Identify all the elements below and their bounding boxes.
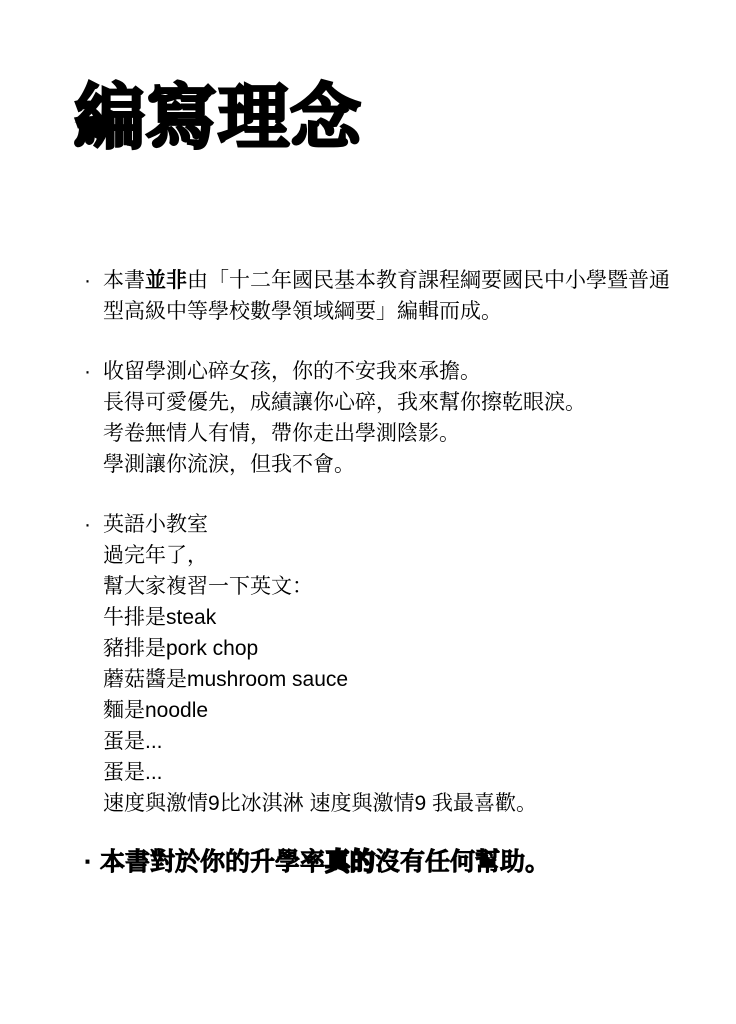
document-page: 編寫理念 · 本書並非由「十二年國民基本教育課程綱要國民中小學暨普通 型高級中等… bbox=[0, 0, 736, 1024]
text-segment-bold: 並非 bbox=[145, 269, 187, 292]
text-line: 蛋是... bbox=[103, 757, 676, 788]
bullet-text: 本書對於你的升學率真的沒有任何幫助。 bbox=[100, 846, 676, 879]
text-line: 牛排是steak bbox=[103, 602, 676, 633]
text-line: 考卷無情人有情，帶你走出學測陰影。 bbox=[103, 418, 676, 449]
text-segment: 本書 bbox=[103, 269, 145, 292]
text-segment: 沒有任何幫助。 bbox=[375, 848, 550, 876]
text-segment: 本書對於你的升學率 bbox=[100, 848, 325, 876]
bullet-item-disclaimer: · 本書對於你的升學率真的沒有任何幫助。 bbox=[84, 846, 676, 879]
bullet-marker: · bbox=[84, 846, 100, 879]
bullet-item-curriculum: · 本書並非由「十二年國民基本教育課程綱要國民中小學暨普通 型高級中等學校數學領… bbox=[84, 265, 676, 327]
text-line: 長得可愛優先，成績讓你心碎，我來幫你擦乾眼淚。 bbox=[103, 387, 676, 418]
bullet-text: 本書並非由「十二年國民基本教育課程綱要國民中小學暨普通 型高級中等學校數學領域綱… bbox=[103, 265, 676, 327]
bullet-text: 收留學測心碎女孩，你的不安我來承擔。 長得可愛優先，成績讓你心碎，我來幫你擦乾眼… bbox=[103, 356, 676, 480]
page-title: 編寫理念 bbox=[0, 0, 736, 163]
text-line: 蘑菇醬是mushroom sauce bbox=[103, 664, 676, 695]
bullet-marker: · bbox=[84, 356, 103, 387]
text-line: 幫大家複習一下英文： bbox=[103, 571, 676, 602]
text-line: 麵是noodle bbox=[103, 695, 676, 726]
bullet-item-heartbroken: · 收留學測心碎女孩，你的不安我來承擔。 長得可愛優先，成績讓你心碎，我來幫你擦… bbox=[84, 356, 676, 480]
text-line: 英語小教室 bbox=[103, 509, 676, 540]
text-line: 學測讓你流淚，但我不會。 bbox=[103, 449, 676, 480]
text-line: 速度與激情9比冰淇淋 速度與激情9 我最喜歡。 bbox=[103, 788, 676, 819]
text-line: 本書對於你的升學率真的沒有任何幫助。 bbox=[100, 846, 676, 879]
bullet-marker: · bbox=[84, 265, 103, 296]
text-line: 蛋是... bbox=[103, 726, 676, 757]
text-line: 型高級中等學校數學領域綱要」編輯而成。 bbox=[103, 296, 676, 327]
text-segment-extra-bold: 真的 bbox=[325, 848, 375, 876]
bullet-list: · 本書並非由「十二年國民基本教育課程綱要國民中小學暨普通 型高級中等學校數學領… bbox=[0, 265, 736, 879]
text-line: 過完年了， bbox=[103, 540, 676, 571]
text-line: 本書並非由「十二年國民基本教育課程綱要國民中小學暨普通 bbox=[103, 265, 676, 296]
text-line: 收留學測心碎女孩，你的不安我來承擔。 bbox=[103, 356, 676, 387]
text-segment: 由「十二年國民基本教育課程綱要國民中小學暨普通 bbox=[187, 269, 670, 292]
text-line: 豬排是pork chop bbox=[103, 633, 676, 664]
bullet-marker: · bbox=[84, 509, 103, 540]
bullet-text: 英語小教室 過完年了， 幫大家複習一下英文： 牛排是steak 豬排是pork … bbox=[103, 509, 676, 819]
bullet-item-english-class: · 英語小教室 過完年了， 幫大家複習一下英文： 牛排是steak 豬排是por… bbox=[84, 509, 676, 819]
